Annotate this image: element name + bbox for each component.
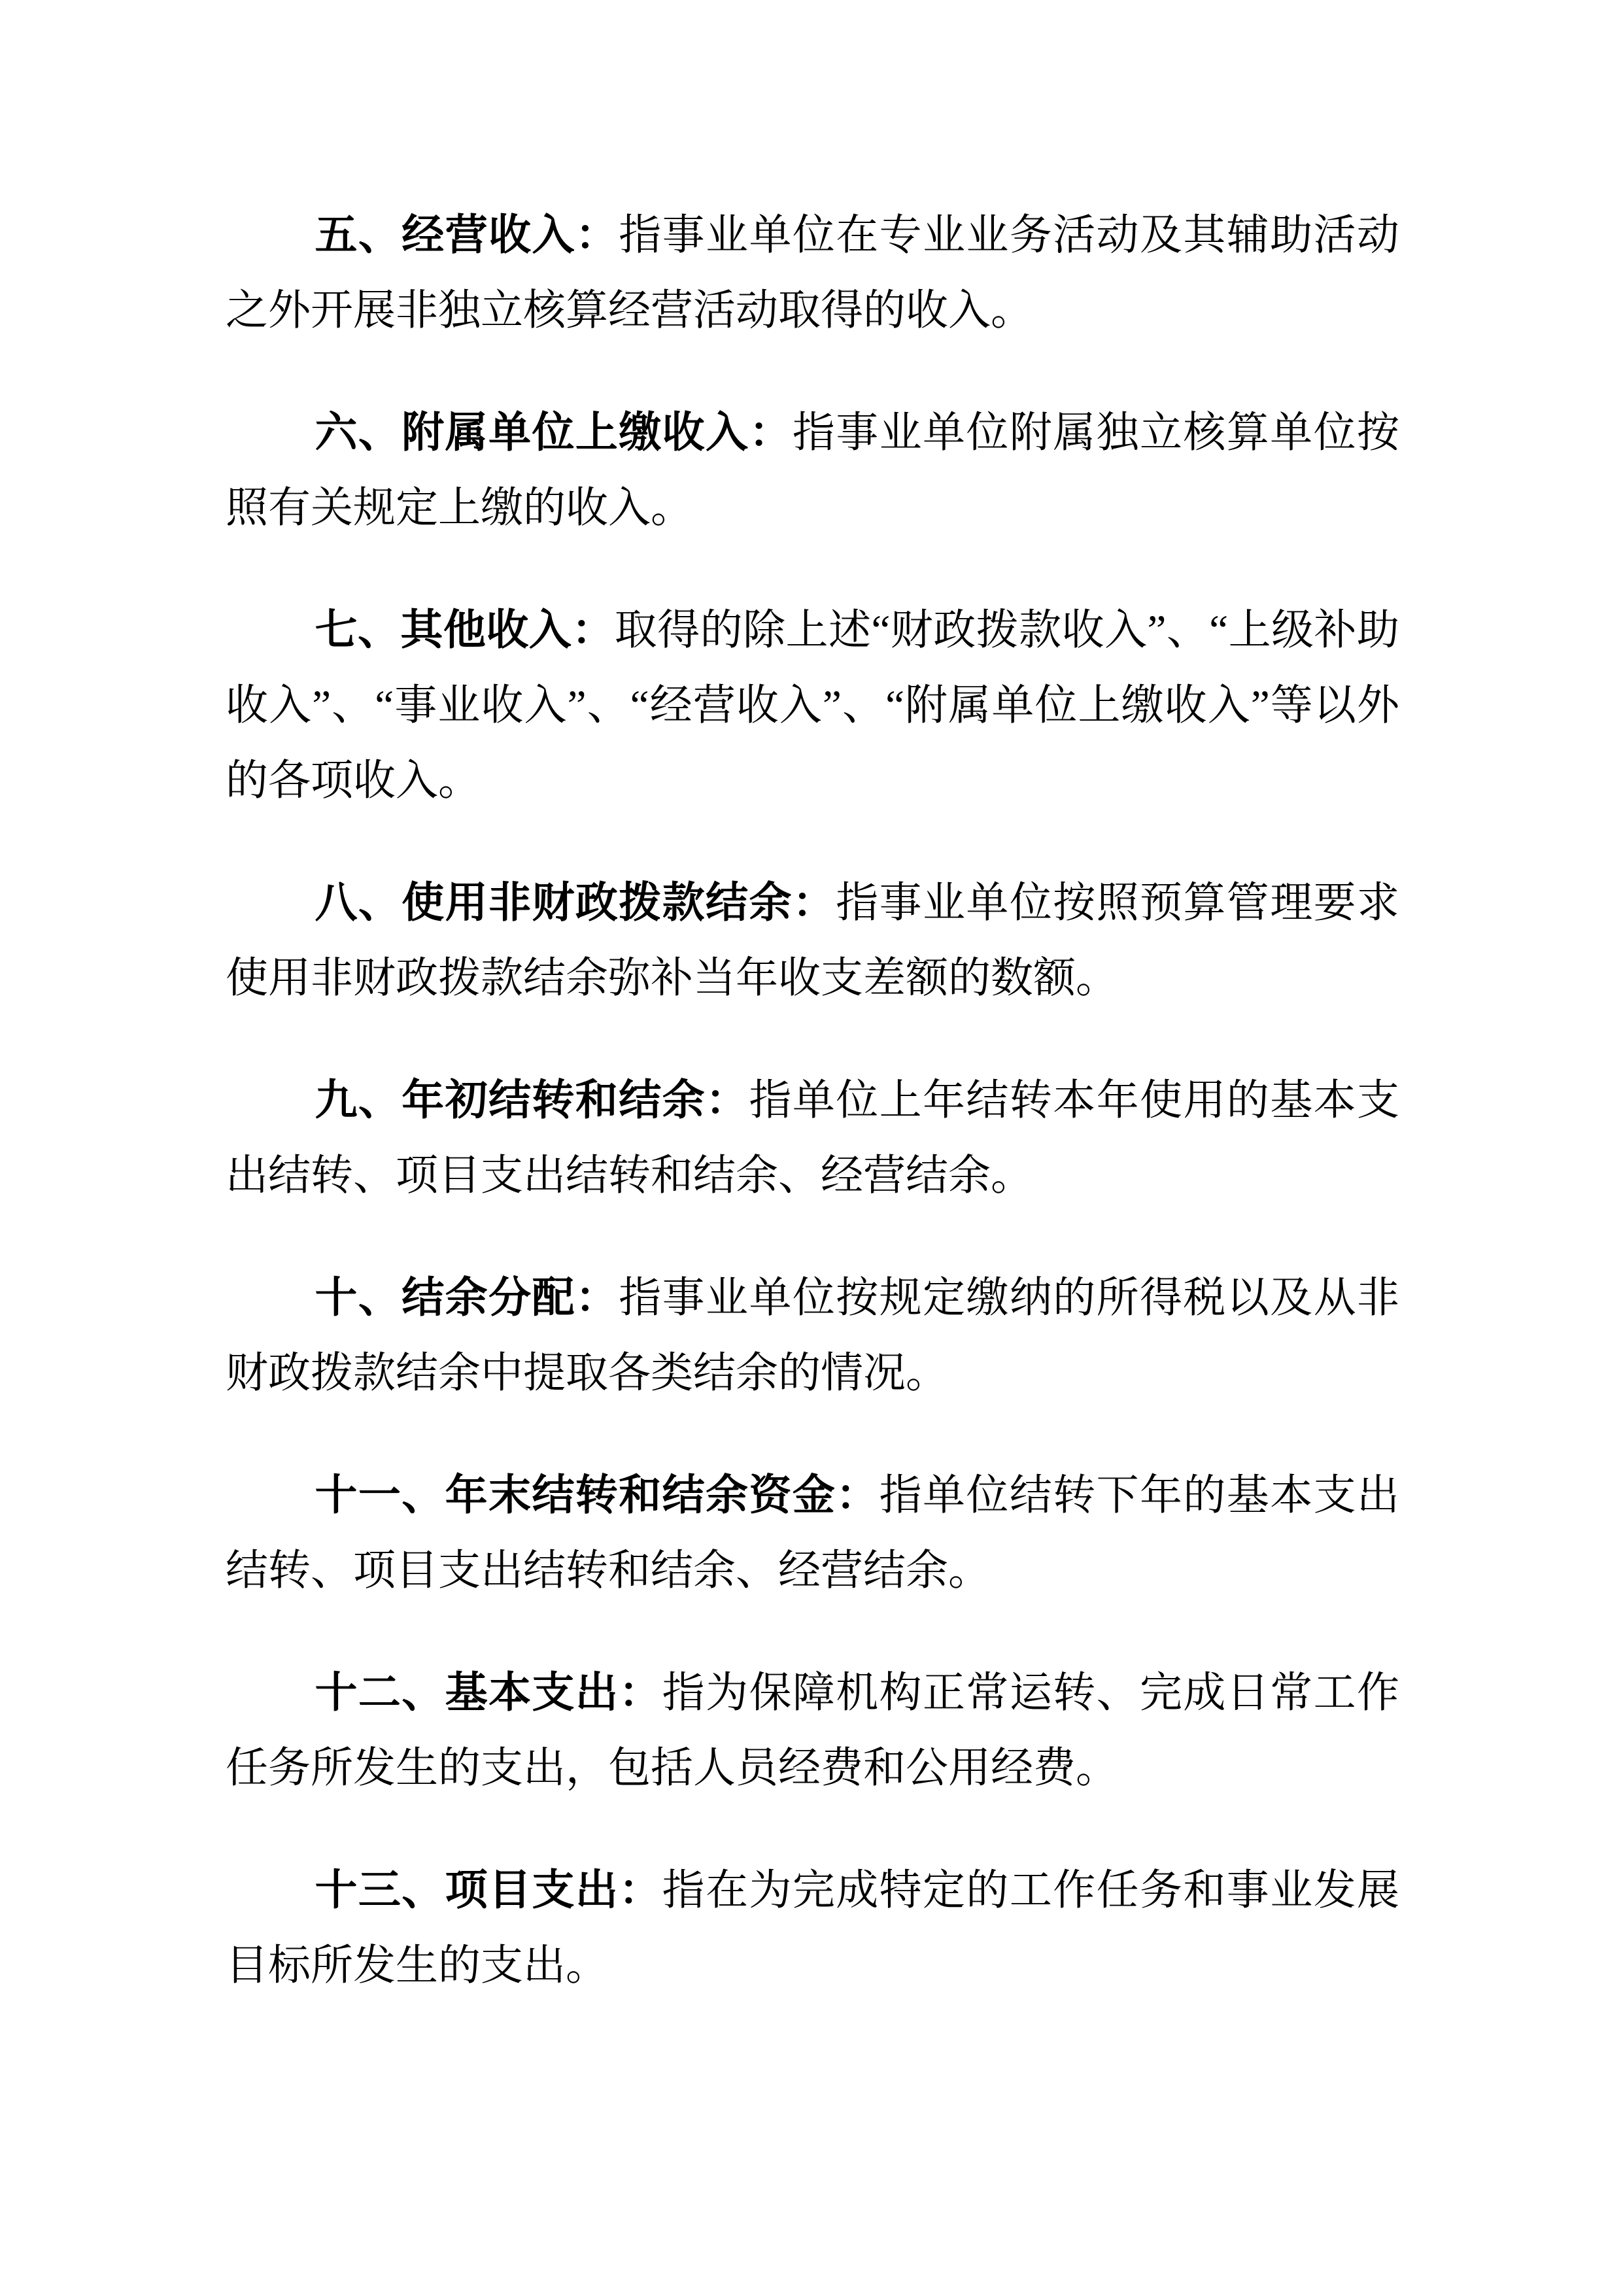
term-label: 六、附属单位上缴收入： bbox=[315, 409, 793, 456]
definition-paragraph: 五、经营收入：指事业单位在专业业务活动及其辅助活动之外开展非独立核算经营活动取得… bbox=[226, 198, 1399, 349]
term-label: 五、经营收入： bbox=[315, 212, 619, 259]
term-label: 十二、基本支出： bbox=[315, 1670, 662, 1717]
definition-paragraph: 十二、基本支出：指为保障机构正常运转、完成日常工作任务所发生的支出，包括人员经费… bbox=[226, 1656, 1399, 1806]
definition-paragraph: 六、附属单位上缴收入：指事业单位附属独立核算单位按照有关规定上缴的收入。 bbox=[226, 396, 1399, 546]
term-label: 十一、年末结转和结余资金： bbox=[315, 1472, 880, 1519]
document-page: 五、经营收入：指事业单位在专业业务活动及其辅助活动之外开展非独立核算经营活动取得… bbox=[0, 0, 1623, 2296]
definition-paragraph: 十三、项目支出：指在为完成特定的工作任务和事业发展目标所发生的支出。 bbox=[226, 1853, 1399, 2004]
term-label: 七、其他收入： bbox=[315, 607, 615, 654]
term-label: 十三、项目支出： bbox=[315, 1867, 662, 1914]
term-label: 八、使用非财政拨款结余： bbox=[315, 880, 836, 927]
definition-paragraph: 七、其他收入：取得的除上述“财政拨款收入”、“上级补助收入”、“事业收入”、“经… bbox=[226, 593, 1399, 819]
definition-paragraph: 十、结余分配：指事业单位按规定缴纳的所得税以及从非财政拨款结余中提取各类结余的情… bbox=[226, 1261, 1399, 1411]
definition-paragraph: 九、年初结转和结余：指单位上年结转本年使用的基本支出结转、项目支出结转和结余、经… bbox=[226, 1063, 1399, 1214]
term-label: 九、年初结转和结余： bbox=[315, 1077, 749, 1124]
definition-paragraph: 十一、年末结转和结余资金：指单位结转下年的基本支出结转、项目支出结转和结余、经营… bbox=[226, 1458, 1399, 1609]
definition-paragraph: 八、使用非财政拨款结余：指事业单位按照预算管理要求使用非财政拨款结余弥补当年收支… bbox=[226, 866, 1399, 1016]
term-label: 十、结余分配： bbox=[315, 1275, 619, 1322]
